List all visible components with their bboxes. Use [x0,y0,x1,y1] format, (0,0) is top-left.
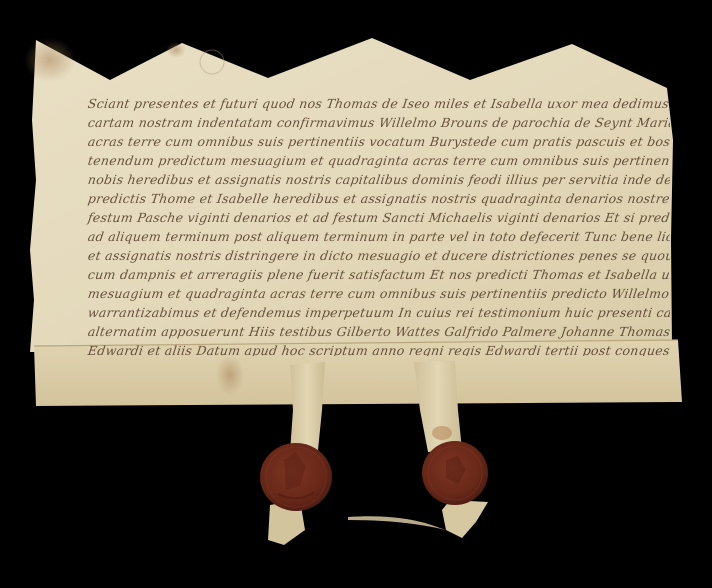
charter-line-1: Sciant presentes et futuri quod nos Thom… [87,96,670,111]
charter-line-2: cartam nostram indentatam confirmavimus … [87,115,670,130]
charter-line-4: tenendum predictum mesuagium et quadragi… [87,153,670,168]
charter-line-14: Edwardi et aliis Datum apud hoc scriptum… [87,343,670,356]
charter-line-10: cum dampnis et arreragiis plene fuerit s… [87,267,670,282]
charter-line-7: festum Pasche viginti denarios et ad fes… [87,210,670,225]
loose-parchment-strip [348,516,446,530]
wax-seal-right [422,441,488,505]
charter-line-5: nobis heredibus et assignatis nostris ca… [87,172,670,187]
charter-line-11: mesuagium et quadraginta acras terre cum… [87,286,670,301]
charter-line-8: ad aliquem terminum post aliquem terminu… [87,229,670,244]
charter-line-12: warrantizabimus et defendemus imperpetuu… [87,305,670,320]
charter-line-9: et assignatis nostris distringere in dic… [87,248,670,263]
charter-line-13: alternatim apposuerunt Hiis testibus Gil… [87,324,670,339]
photograph-scene: Sciant presentes et futuri quod nos Thom… [0,0,712,588]
charter-line-6: predictis Thome et Isabelle heredibus et… [87,191,670,206]
stain-top-left [24,38,76,82]
seal-tag-left [290,362,325,452]
stain-fold [216,355,244,395]
charter-text-block: Sciant presentes et futuri quod nos Thom… [60,96,670,356]
wax-seal-left [260,443,332,511]
charter-line-3: acras terre cum omnibus suis pertinentii… [87,134,670,149]
tag-stain [432,426,452,440]
seal-tag-right-tail [442,500,488,538]
stain-peak [166,42,186,58]
